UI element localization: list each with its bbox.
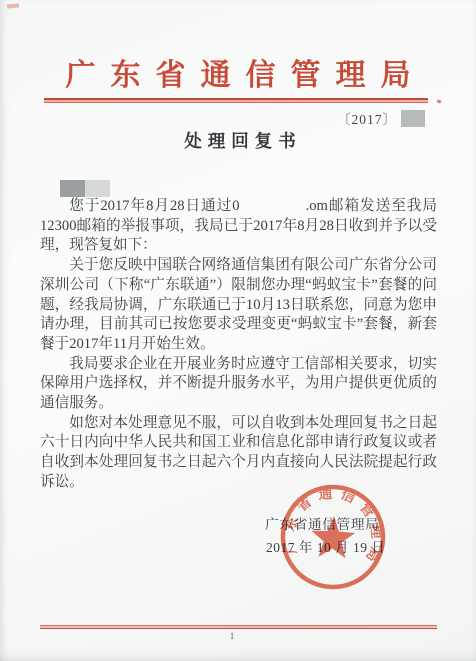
redaction-block-light [85, 180, 110, 197]
scanned-document-page: 广东省通信管理局 〔2017〕 处理回复书 您于2017年8月28日通过0.om… [0, 0, 476, 661]
paragraph-resolution: 关于您反映中国联合网络通信集团有限公司广东省分公司深圳公司（下称“广东联通”）限… [40, 256, 437, 355]
redacted-email-gap [240, 209, 306, 210]
scan-speck [437, 99, 442, 103]
paragraph-1-before-redaction: 您于2017年8月28日通过0 [69, 198, 239, 214]
letter-body: 您于2017年8月28日通过0.om邮箱发送至我局12300邮箱的举报事项，我局… [40, 197, 437, 493]
agency-letterhead-title: 广东省通信管理局 [0, 50, 476, 94]
paragraph-requirement: 我局要求企业在开展业务时应遵守工信部相关要求，切实保障用户选择权，并不断提升服务… [40, 355, 437, 414]
redacted-recipient-name [60, 180, 110, 197]
document-title: 处理回复书 [0, 128, 476, 153]
reference-year: 〔2017〕 [337, 108, 397, 128]
paragraph-acknowledgement: 您于2017年8月28日通过0.om邮箱发送至我局12300邮箱的举报事项，我局… [40, 197, 437, 256]
document-reference-row: 〔2017〕 [337, 108, 425, 128]
footer-rule [40, 625, 437, 629]
page-number: 1 [226, 631, 238, 641]
official-seal: 广东省通信管理局 [275, 479, 391, 595]
paragraph-appeal-rights: 如您对本处理意见不服，可以自收到本处理回复书之日起六十日内向中华人民共和国工业和… [40, 414, 437, 493]
official-seal-graphic: 广东省通信管理局 [275, 479, 391, 595]
star-icon [310, 515, 356, 559]
letterhead-rule [44, 98, 428, 103]
redaction-block-dark [60, 180, 85, 197]
scan-artifact-mark [7, 3, 19, 8]
redacted-reference-number [401, 110, 425, 127]
